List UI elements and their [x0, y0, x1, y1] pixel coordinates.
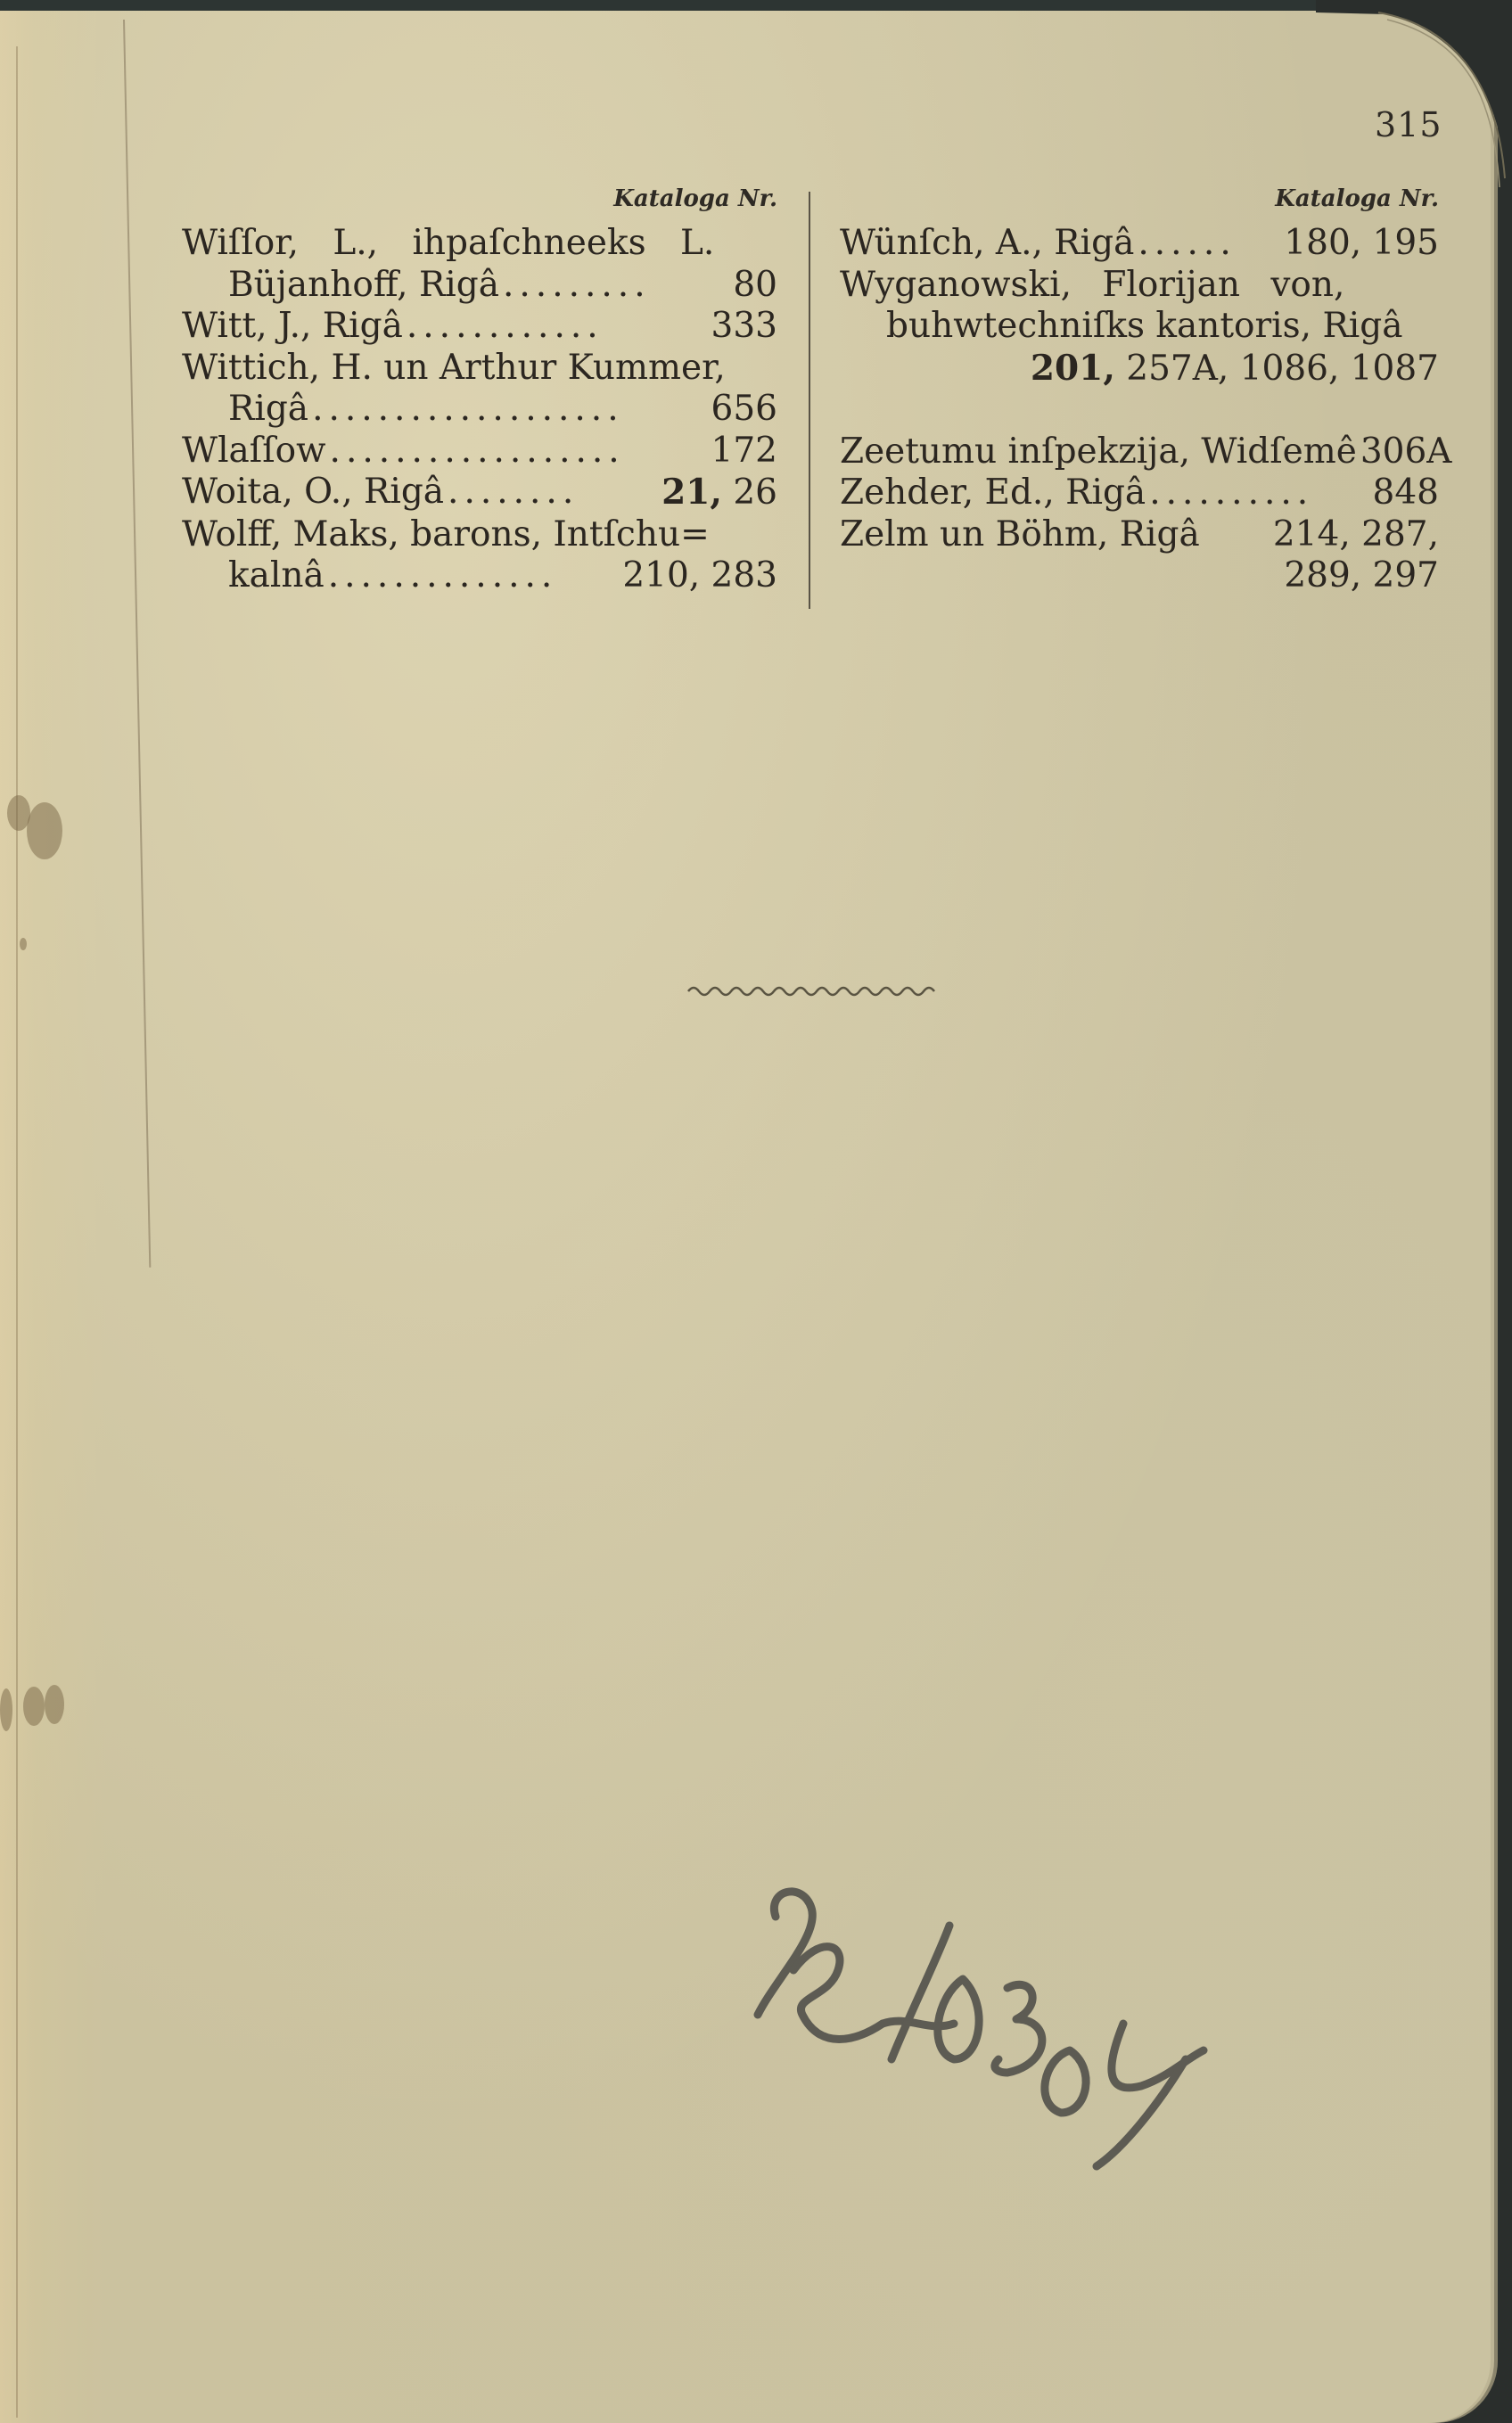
- index-entry: Büjanhoff, Rigâ ......... 80: [182, 265, 777, 307]
- page-corner-curl: [1316, 0, 1512, 196]
- leader-dots: ........: [444, 472, 661, 514]
- entry-name: Wlaſſow: [182, 431, 326, 472]
- catalog-number: 80: [733, 265, 777, 307]
- entry-name: Zeetumu inſpekzija, Widſemê: [840, 431, 1357, 473]
- index-column-left: Kataloga Nr. Wiſſor, L., ihpaſchneeks L.…: [182, 184, 777, 597]
- index-column-right: Kataloga Nr. Wünſch, A., Rigâ ...... 180…: [840, 184, 1439, 597]
- catalog-number: 306A: [1360, 431, 1452, 473]
- index-entry: Wyganowski, Florijan von,: [840, 265, 1439, 307]
- index-entry: buhwtechniſks kantoris, Rigâ: [840, 306, 1439, 348]
- catalog-number: 180, 195: [1284, 223, 1439, 265]
- entry-name: Witt, J., Rigâ: [182, 306, 403, 348]
- catalog-number: 333: [711, 306, 777, 348]
- entry-name: Wünſch, A., Rigâ: [840, 223, 1134, 265]
- leader-dots: ..........: [1146, 472, 1372, 514]
- column-header: Kataloga Nr.: [840, 184, 1439, 214]
- column-header: Kataloga Nr.: [182, 184, 777, 214]
- index-entry: Zehder, Ed., Rigâ .......... 848: [840, 472, 1439, 514]
- entry-spacer: [840, 390, 1439, 431]
- entry-name: kalnâ: [228, 555, 325, 597]
- column-divider: [809, 192, 810, 609]
- paper-tear-line: [123, 20, 151, 1268]
- ink-stain: [45, 1685, 64, 1724]
- leader-dots: ......: [1134, 223, 1284, 265]
- wavy-ornament-divider: [686, 979, 936, 1000]
- catalog-number: 656: [711, 389, 777, 431]
- catalog-number: 289, 297: [1284, 555, 1439, 597]
- index-entry: kalnâ .............. 210, 283: [182, 555, 777, 597]
- catalog-number-primary: 21,: [661, 472, 722, 513]
- ink-stain: [23, 1687, 45, 1726]
- entry-name: Wittich, H. un Arthur Kummer,: [182, 348, 726, 390]
- index-entry: Witt, J., Rigâ ............ 333: [182, 306, 777, 348]
- ink-stain: [0, 1688, 12, 1731]
- entry-name: buhwtechniſks kantoris, Rigâ: [886, 306, 1403, 348]
- binding-gutter: [16, 46, 18, 2418]
- leader-dots: ...................: [308, 389, 711, 431]
- catalog-number: 201, 257A, 1086, 1087: [1031, 348, 1439, 390]
- entry-name: Wiſſor, L., ihpaſchneeks L.: [182, 223, 714, 265]
- index-entry: Woita, O., Rigâ ........ 21, 26: [182, 472, 777, 514]
- leader-dots: ............: [403, 306, 711, 348]
- catalog-number-secondary: 26: [722, 472, 777, 513]
- catalog-number: 172: [711, 431, 777, 472]
- entry-name: Zelm un Böhm, Rigâ: [840, 514, 1200, 556]
- index-entry: Wittich, H. un Arthur Kummer,: [182, 348, 777, 390]
- ink-stain: [20, 938, 27, 950]
- handwritten-shelfmark: kc 10304: [740, 1854, 1417, 2193]
- index-entry: Wolff, Maks, barons, Intſchu=: [182, 514, 777, 556]
- index-entry: 201, 257A, 1086, 1087: [840, 348, 1439, 390]
- catalog-number: 210, 283: [622, 555, 777, 597]
- entry-name: Zehder, Ed., Rigâ: [840, 472, 1146, 514]
- index-entry: 289, 297: [840, 555, 1439, 597]
- ink-stain: [27, 802, 62, 859]
- entry-name: Wolff, Maks, barons, Intſchu=: [182, 514, 710, 556]
- index-entry: Zeetumu inſpekzija, Widſemê 306A: [840, 431, 1439, 473]
- catalog-number: 21, 26: [661, 472, 777, 514]
- leader-space: [1200, 514, 1273, 556]
- leader-dots: .........: [499, 265, 733, 307]
- catalog-number: 214, 287,: [1273, 514, 1439, 556]
- index-entry: Wünſch, A., Rigâ ...... 180, 195: [840, 223, 1439, 265]
- catalog-number-secondary: 257A, 1086, 1087: [1115, 349, 1439, 389]
- index-entry: Wiſſor, L., ihpaſchneeks L.: [182, 223, 777, 265]
- catalog-number: 848: [1373, 472, 1439, 514]
- leader-dots: ..................: [326, 431, 711, 472]
- entry-name: Büjanhoff, Rigâ: [228, 265, 499, 307]
- index-entry: Zelm un Böhm, Rigâ 214, 287,: [840, 514, 1439, 556]
- page-number: 315: [1375, 105, 1442, 144]
- entry-name: Woita, O., Rigâ: [182, 472, 444, 514]
- entry-name: Wyganowski, Florijan von,: [840, 265, 1344, 307]
- leader-dots: ..............: [325, 555, 623, 597]
- catalog-number-primary: 201,: [1031, 348, 1115, 389]
- entry-name: Rigâ: [228, 389, 308, 431]
- index-entry: Wlaſſow .................. 172: [182, 431, 777, 472]
- index-entry: Rigâ ................... 656: [182, 389, 777, 431]
